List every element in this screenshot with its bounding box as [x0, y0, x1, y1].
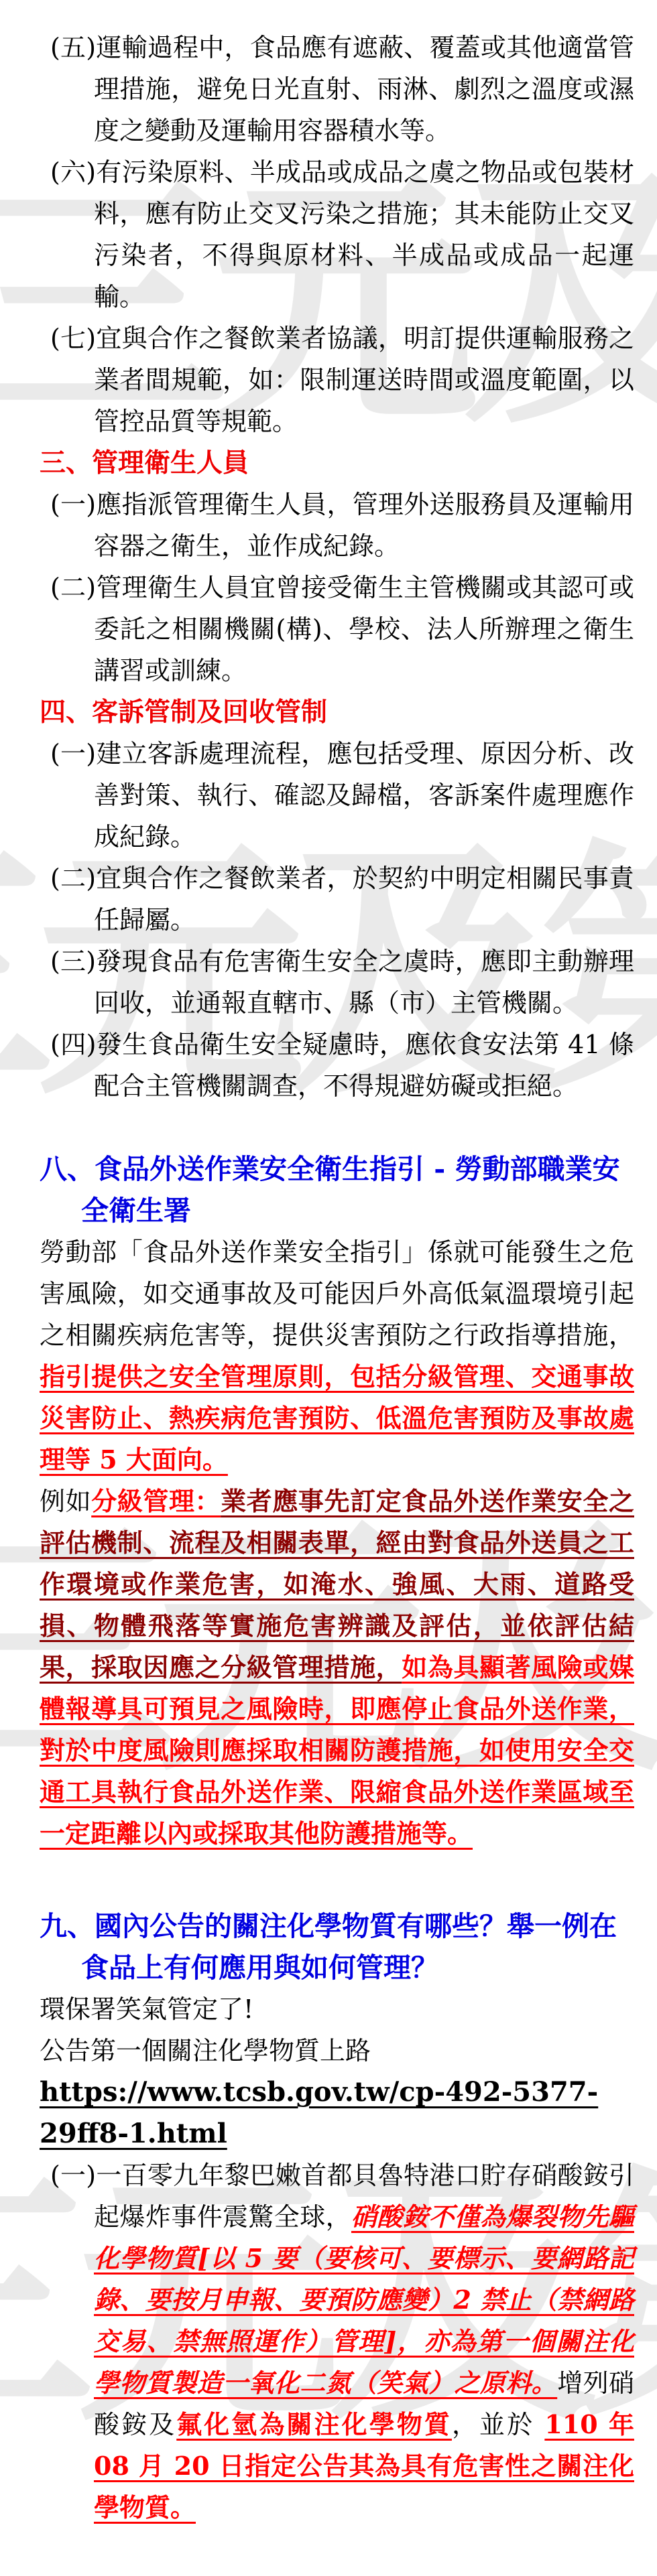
- item-text: 建立客訴處理流程，應包括受理、原因分析、改善對策、執行、確認及歸檔，客訴案件處理…: [94, 739, 634, 852]
- section-heading-hygiene-personnel: 三、管理衛生人員: [40, 442, 634, 484]
- item-text: 應指派管理衛生人員，管理外送服務員及運輸用容器之衛生，並作成紀錄。: [94, 490, 634, 561]
- item-marker: (二): [50, 573, 96, 602]
- list-item: (四)發生食品衛生安全疑慮時，應依食安法第 41 條配合主管機關調查，不得規避妨…: [50, 1024, 634, 1107]
- section-concerned-chemicals: 九、國內公告的關注化學物質有哪些？舉一例在食品上有何應用與如何管理？ 環保署笑氣…: [50, 1905, 634, 2528]
- item-marker: (六): [50, 157, 96, 187]
- paragraph-grading-management: 例如分級管理：業者應事先訂定食品外送作業安全之評估機制、流程及相關表單，經由對食…: [40, 1481, 634, 1854]
- text-black: 勞動部「食品外送作業安全指引」係就可能發生之危害風險，如交通事故及可能因戶外高低…: [40, 1237, 634, 1350]
- tcsb-url-link[interactable]: https://www.tcsb.gov.tw/cp-492-5377-29ff…: [40, 2076, 598, 2149]
- list-item-beirut-explosion: (一)一百零九年黎巴嫩首都貝魯特港口貯存硝酸銨引起爆炸事件震驚全球，硝酸銨不僅為…: [50, 2155, 634, 2528]
- item-marker: (三): [50, 947, 96, 976]
- list-item: (三)發現食品有危害衛生安全之虞時，應即主動辦理回收，並通報直轄市、縣（市）主管…: [50, 941, 634, 1024]
- list-item: (二)管理衛生人員宜曾接受衛生主管機關或其認可或委託之相關機關(構)、學校、法人…: [50, 567, 634, 691]
- section-heading-complaint-recall: 四、客訴管制及回收管制: [40, 691, 634, 733]
- heading-number: 八、: [40, 1153, 95, 1185]
- list-item: (二)宜與合作之餐飲業者，於契約中明定相關民事責任歸屬。: [50, 858, 634, 941]
- item-text: 宜與合作之餐飲業者，於契約中明定相關民事責任歸屬。: [94, 864, 634, 935]
- list-item: (六)有污染原料、半成品或成品之虞之物品或包裝材料，應有防止交叉污染之措施；其未…: [50, 151, 634, 318]
- text-red-label: 分級管理：: [91, 1486, 221, 1516]
- list-item: (一)應指派管理衛生人員，管理外送服務員及運輸用容器之衛生，並作成紀錄。: [50, 484, 634, 567]
- tcsb-link-line: https://www.tcsb.gov.tw/cp-492-5377-29ff…: [40, 2072, 634, 2155]
- line-epa-laughing-gas: 環保署笑氣管定了!: [40, 1988, 634, 2030]
- section-heading-delivery-safety: 八、食品外送作業安全衛生指引 - 勞動部職業安全衛生署: [40, 1148, 634, 1231]
- text-black: ，並於: [452, 2410, 544, 2439]
- document-content: (五)運輸過程中，食品應有遮蔽、覆蓋或其他適當管理措施，避免日光直射、雨淋、劇烈…: [0, 0, 657, 2528]
- text-red-underline: 指引提供之安全管理原則，包括分級管理、交通事故災害防止、熱疾病危害預防、低溫危害…: [40, 1361, 634, 1475]
- item-marker: (五): [50, 33, 96, 62]
- document-page: 三元及第 三元及第 三元及第 三元及第 (五)運輸過程中，食品應有遮蔽、覆蓋或其…: [0, 0, 657, 2576]
- item-text: 宜與合作之餐飲業者協議，明訂提供運輸服務之業者間規範，如：限制運送時間或溫度範圍…: [94, 324, 634, 436]
- item-text: 有污染原料、半成品或成品之虞之物品或包裝材料，應有防止交叉污染之措施；其未能防止…: [94, 157, 634, 312]
- item-marker: (一): [50, 2161, 96, 2190]
- section-complaint-recall: 四、客訴管制及回收管制 (一)建立客訴處理流程，應包括受理、原因分析、改善對策、…: [50, 691, 634, 1107]
- item-text: 管理衛生人員宜曾接受衛生主管機關或其認可或委託之相關機關(構)、學校、法人所辦理…: [94, 573, 634, 685]
- text-black: 例如: [40, 1487, 91, 1516]
- section-delivery-safety-guideline: 八、食品外送作業安全衛生指引 - 勞動部職業安全衛生署 勞動部「食品外送作業安全…: [50, 1148, 634, 1854]
- item-marker: (一): [50, 490, 96, 519]
- item-marker: (七): [50, 324, 96, 353]
- list-item: (五)運輸過程中，食品應有遮蔽、覆蓋或其他適當管理措施，避免日光直射、雨淋、劇烈…: [50, 27, 634, 151]
- heading-title: 國內公告的關注化學物質有哪些？舉一例在食品上有何應用與如何管理？: [81, 1910, 617, 1984]
- line-first-concerned-chemical: 公告第一個關注化學物質上路: [40, 2030, 634, 2072]
- list-item: (一)建立客訴處理流程，應包括受理、原因分析、改善對策、執行、確認及歸檔，客訴案…: [50, 733, 634, 858]
- item-text: 發生食品衛生安全疑慮時，應依食安法第 41 條配合主管機關調查，不得規避妨礙或拒…: [94, 1030, 634, 1101]
- item-marker: (四): [50, 1030, 96, 1059]
- list-item: (七)宜與合作之餐飲業者協議，明訂提供運輸服務之業者間規範，如：限制運送時間或溫…: [50, 318, 634, 442]
- text-red-underline: 氟化氫為關注化學物質: [176, 2409, 452, 2439]
- item-marker: (二): [50, 864, 96, 893]
- heading-title: 食品外送作業安全衛生指引 - 勞動部職業安全衛生署: [81, 1153, 620, 1227]
- item-text: 發現食品有危害衛生安全之虞時，應即主動辦理回收，並通報直轄市、縣（市）主管機關。: [94, 947, 634, 1018]
- section-hygiene-personnel: 三、管理衛生人員 (一)應指派管理衛生人員，管理外送服務員及運輸用容器之衛生，並…: [50, 442, 634, 691]
- item-marker: (一): [50, 739, 96, 768]
- section-heading-concerned-chemicals: 九、國內公告的關注化學物質有哪些？舉一例在食品上有何應用與如何管理？: [40, 1905, 634, 1988]
- item-text: 運輸過程中，食品應有遮蔽、覆蓋或其他適當管理措施，避免日光直射、雨淋、劇烈之溫度…: [94, 33, 634, 145]
- heading-number: 九、: [40, 1910, 95, 1942]
- section-transport-items: (五)運輸過程中，食品應有遮蔽、覆蓋或其他適當管理措施，避免日光直射、雨淋、劇烈…: [50, 27, 634, 442]
- paragraph-guideline-overview: 勞動部「食品外送作業安全指引」係就可能發生之危害風險，如交通事故及可能因戶外高低…: [40, 1231, 634, 1481]
